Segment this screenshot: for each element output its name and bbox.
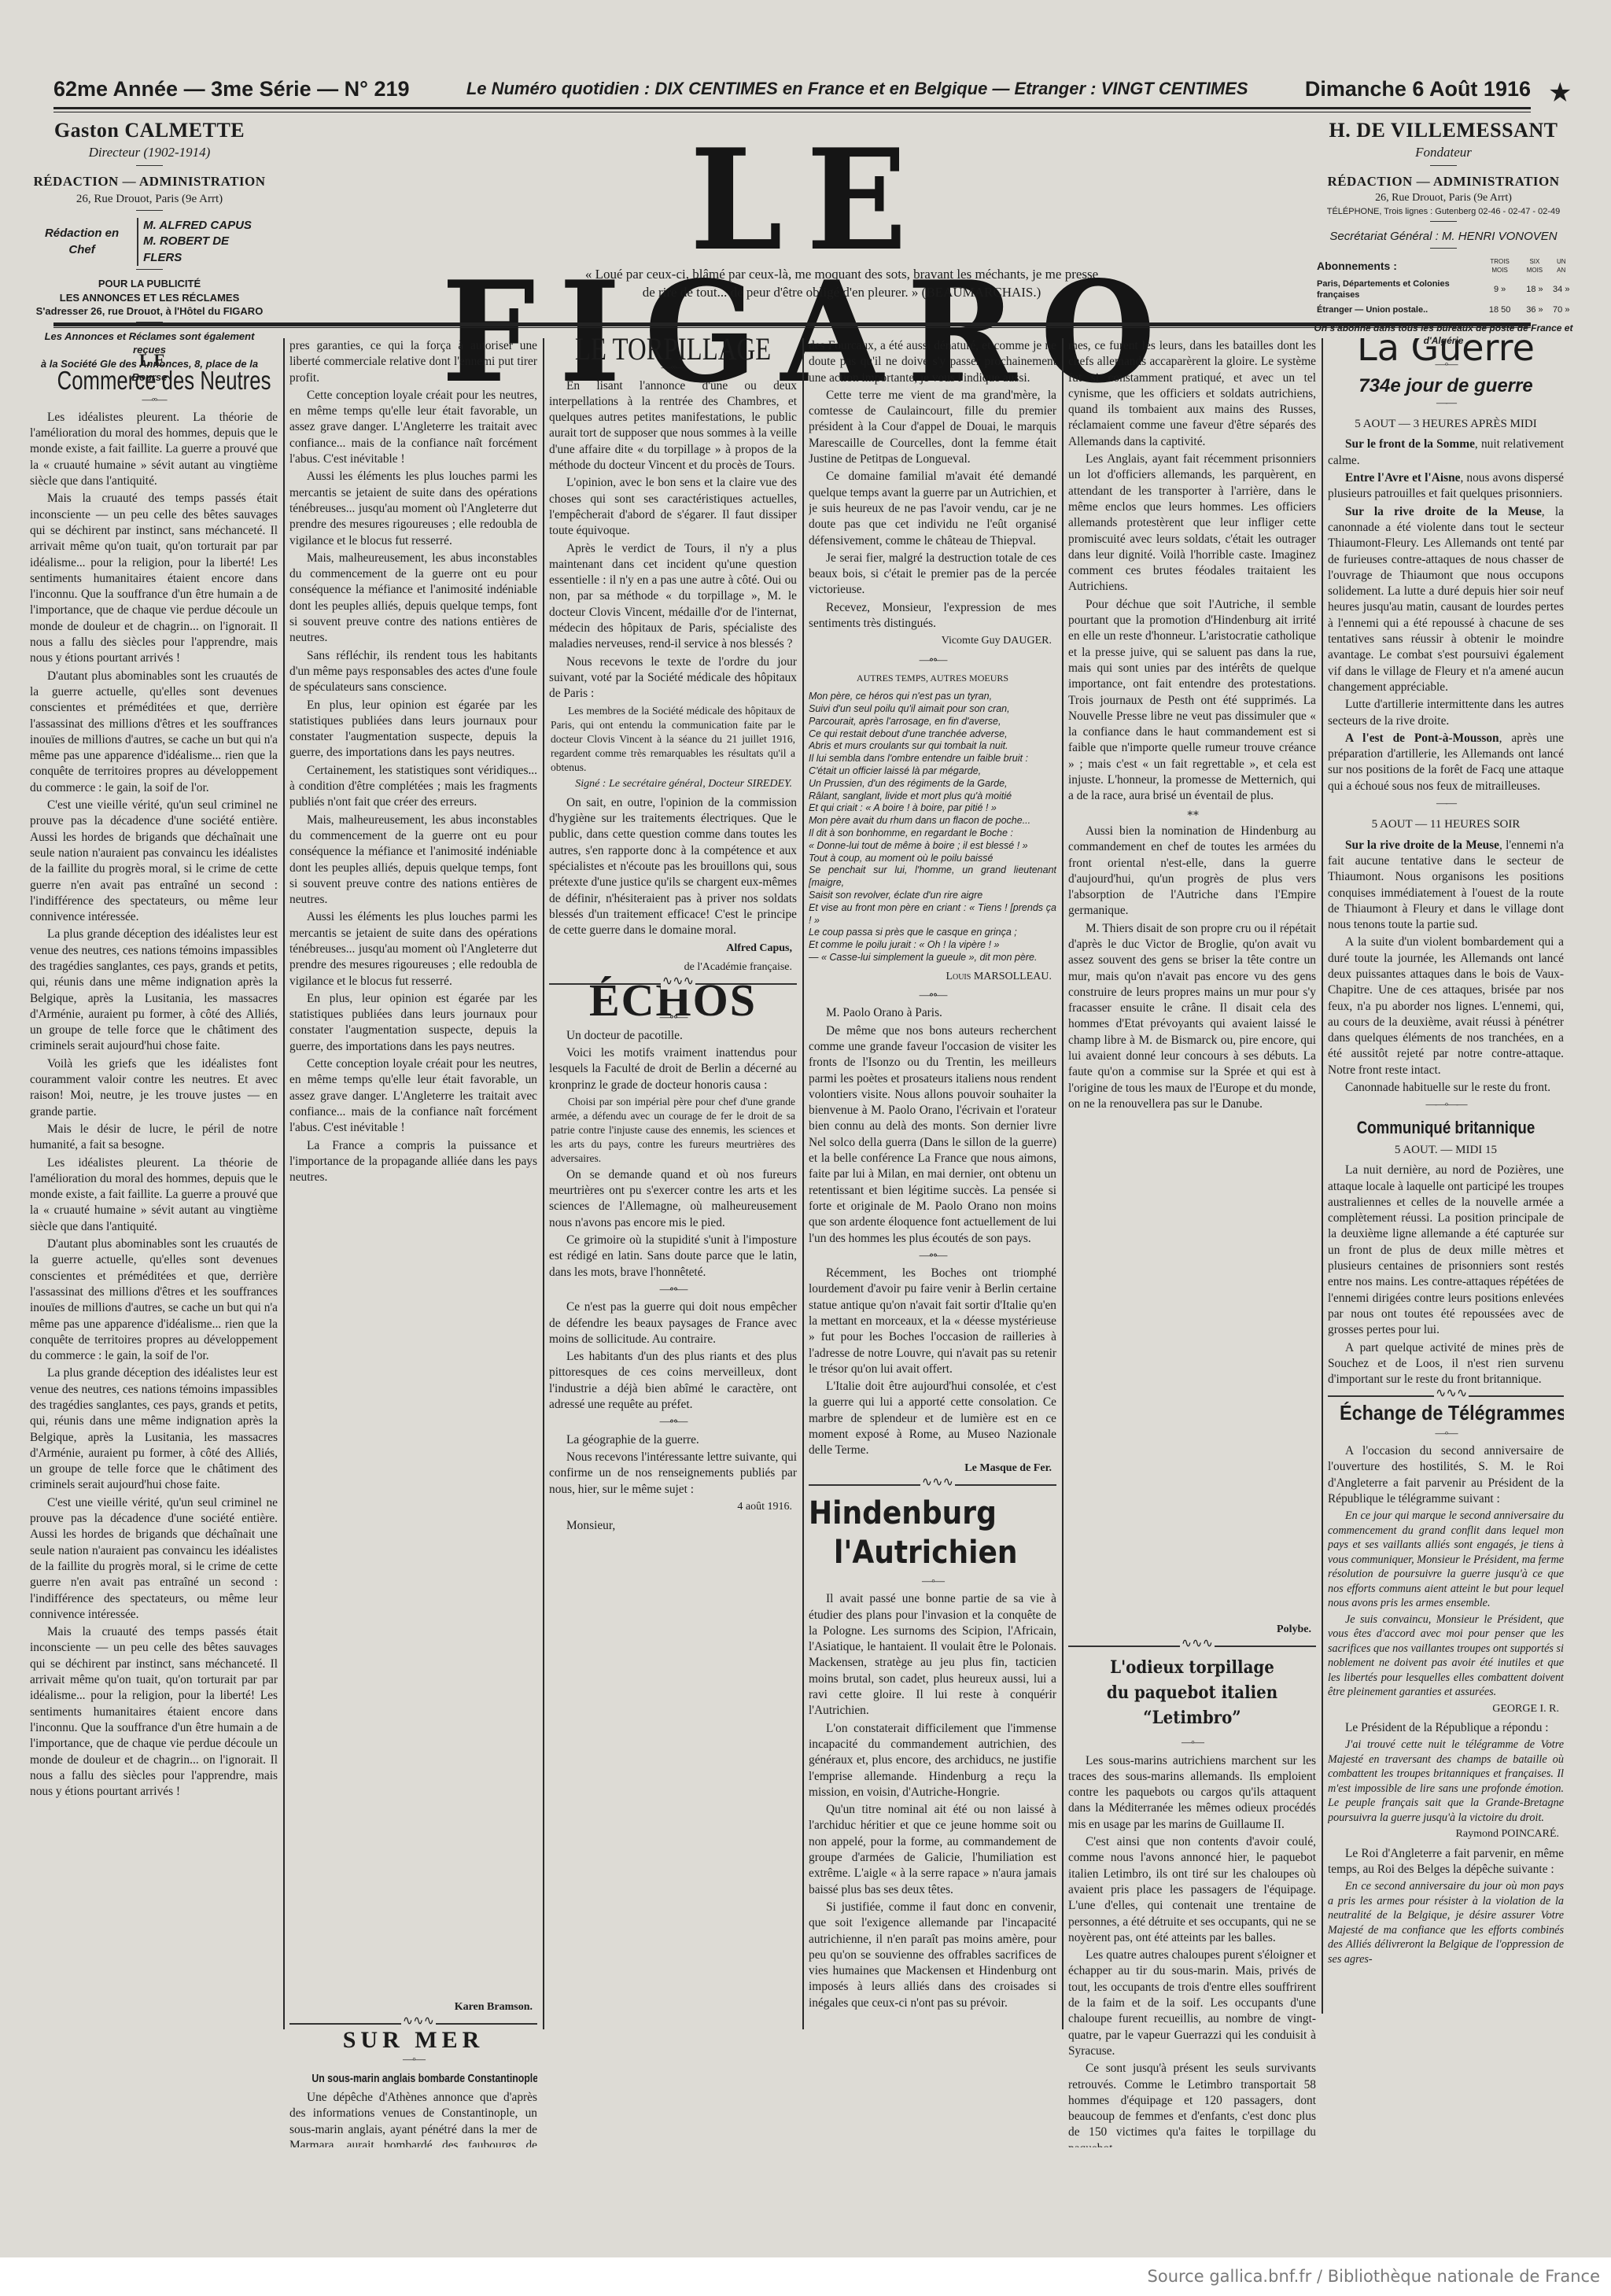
- poem-line: Râlant, sanglant, livide et mort plus qu…: [809, 791, 1056, 803]
- poem-line: Mon père avait du rhum dans un flacon de…: [809, 815, 1056, 827]
- paragraph: Cette terre me vient de ma grand'mère, l…: [809, 388, 1056, 467]
- chef-name-2: M. ROBERT DE FLERS: [143, 234, 267, 266]
- paragraph: Aussi les éléments les plus louches parm…: [289, 469, 537, 548]
- article-title-letimbro: L'odieux torpillage du paquebot italien …: [1081, 1655, 1304, 1730]
- wavy-divider: [1068, 1646, 1316, 1647]
- paragraph: La géographie de la guerre.: [549, 1432, 797, 1448]
- letter-date: 4 août 1916.: [549, 1499, 792, 1515]
- chef-label: Rédaction en Chef: [31, 226, 132, 258]
- poem-line: Et qui criait : « A boire ! à boire, par…: [809, 802, 1056, 815]
- paragraph: L'on constaterait difficilement que l'im…: [809, 1721, 1056, 1800]
- salutation: Monsieur,: [549, 1518, 797, 1534]
- address: 26, Rue Drouot, Paris (9e Arrt): [31, 191, 267, 207]
- wavy-divider: [549, 983, 797, 985]
- paragraph: Nous recevons l'intéressante lettre suiv…: [549, 1450, 797, 1498]
- paragraph: A l'occasion du second anniversaire de l…: [1328, 1443, 1564, 1507]
- paragraph: Le Président de la République a répondu …: [1328, 1720, 1564, 1736]
- paragraph: C'est une vieille vérité, qu'un seul cri…: [30, 1495, 278, 1623]
- ornament-divider: ——: [1328, 396, 1564, 411]
- telephone: TÉLÉPHONE, Trois lignes : Gutenberg 02-4…: [1314, 206, 1573, 218]
- paragraph: mes, ce furent les leurs, dans les batai…: [1068, 338, 1316, 450]
- paragraph: Le Roi d'Angleterre a fait parvenir, en …: [1328, 1846, 1564, 1878]
- founder-name: H. DE VILLEMESSANT: [1314, 116, 1573, 144]
- ornament-divider: —∘∘—: [549, 1282, 797, 1298]
- ornament-divider: [1430, 221, 1457, 226]
- title-line-1: Hindenburg: [809, 1494, 1032, 1533]
- ornament-divider: —◦—: [1068, 1735, 1316, 1751]
- abo-col: SIX MOIS: [1520, 257, 1549, 276]
- sur-mer-block: Karen Bramson. SUR MER —◦— Un sous-marin…: [289, 1998, 537, 2147]
- abo-cell: 36 »: [1520, 304, 1549, 317]
- newspaper-page: 62me Année — 3me Série — N° 219 Le Numér…: [0, 0, 1611, 2257]
- paragraph: Pour déchue que soit l'Autriche, il semb…: [1068, 597, 1316, 805]
- pub-line-3: S'adresser 26, rue Drouot, à l'Hôtel du …: [31, 304, 267, 319]
- source-footer: Source gallica.bnf.fr / Bibliothèque nat…: [0, 2257, 1611, 2296]
- ornament-divider: —◦—: [289, 2052, 537, 2068]
- text: La nuit dernière, au nord de Pozières, u…: [1328, 1163, 1564, 1336]
- paragraph: Ce n'est pas la guerre qui doit nous emp…: [549, 1299, 797, 1347]
- poem-line: Saisit son revolver, éclate d'un rire ai…: [809, 890, 1056, 902]
- paragraph: La plus grande déception des idéalistes …: [30, 927, 278, 1054]
- bold-place: A l'est de Pont-à-Mousson: [1345, 732, 1499, 745]
- column-rule: [283, 338, 285, 2029]
- war-day: 734e jour de guerre: [1328, 378, 1564, 394]
- motto-line-1: « Loué par ceux-ci, blâmé par ceux-là, m…: [519, 266, 1164, 284]
- bulletin-paragraph: La nuit dernière, au nord de Pozières, u…: [1328, 1163, 1564, 1338]
- paragraph: Ce domaine familial m'avait été demandé …: [809, 469, 1056, 548]
- paragraph: Cette conception loyale créait pour les …: [289, 388, 537, 467]
- ornament-divider: [136, 269, 163, 274]
- poem: Mon père, ce héros qui n'est pas un tyra…: [809, 691, 1056, 964]
- text: A la suite d'un violent bombardement qui…: [1328, 935, 1564, 1076]
- paragraph: Les habitants d'un des plus riants et de…: [549, 1349, 797, 1413]
- signature: GEORGE I. R.: [1328, 1701, 1559, 1717]
- address: 26, Rue Drouot, Paris (9e Arrt): [1314, 191, 1573, 206]
- abo-cell: 34 »: [1550, 278, 1572, 303]
- motto: « Loué par ceux-ci, blâmé par ceux-là, m…: [519, 266, 1164, 302]
- paragraph: Ce grimoire où la stupidité s'unit à l'i…: [549, 1233, 797, 1281]
- paragraph: Cette conception loyale créait pour les …: [289, 1056, 537, 1136]
- signature: Polybe.: [1068, 1622, 1311, 1638]
- column-rule: [802, 338, 804, 2029]
- wavy-divider: [809, 1484, 1056, 1486]
- redaction-label: RÉDACTION — ADMINISTRATION: [1314, 173, 1573, 191]
- ornament-divider: —∘∘—: [809, 653, 1056, 669]
- paragraph: En plus, leur opinion est égarée par les…: [289, 698, 537, 761]
- masthead-rule: [53, 322, 1531, 328]
- wavy-divider: [1328, 1395, 1564, 1397]
- paragraph: M. Thiers disait de son propre cru ou il…: [1068, 921, 1316, 1113]
- column-rule: [1062, 338, 1064, 2029]
- ornament-divider: —∘∘—: [809, 988, 1056, 1004]
- bulletin-paragraph: Sur le front de la Somme, nuit relativem…: [1328, 437, 1564, 469]
- title-line-2: l'Autrichien: [809, 1533, 1032, 1572]
- paragraph: Sans réfléchir, ils rendent tous les hab…: [289, 648, 537, 696]
- paragraph: Les idéalistes pleurent. La théorie de l…: [30, 410, 278, 489]
- abo-cell: 18 »: [1520, 278, 1549, 303]
- column-2: pres garanties, ce qui la força à autori…: [289, 338, 537, 2147]
- poem-line: « Donne-lui tout de même à boire ; il es…: [809, 840, 1056, 853]
- ornament-divider: ∗∗: [1068, 806, 1316, 822]
- signature: Raymond POINCARÉ.: [1328, 1826, 1559, 1842]
- column-5: mes, ce furent les leurs, dans les batai…: [1068, 338, 1316, 2147]
- paragraph: D'autant plus abominables sont les cruau…: [30, 669, 278, 796]
- paragraph: Mais, malheureusement, les abus inconsta…: [289, 551, 537, 647]
- poem-line: Il dit à son bonhomme, en regardant le B…: [809, 827, 1056, 840]
- abo-row-label: Paris, Départements et Colonies français…: [1315, 278, 1480, 303]
- ornament-divider: [136, 210, 163, 215]
- paragraph: Aussi bien la nomination de Hindenburg a…: [1068, 824, 1316, 920]
- column-rule: [543, 338, 544, 2029]
- bulletin-paragraph: Sur la rive droite de la Meuse, la canon…: [1328, 504, 1564, 696]
- issue-date: Dimanche 6 Août 1916: [1305, 77, 1531, 101]
- signature: Vicomte Guy DAUGER.: [809, 633, 1052, 649]
- article-title-guerre: La Guerre: [1328, 340, 1564, 356]
- quote: Choisi par son impérial père pour chef d…: [549, 1095, 797, 1166]
- director-name: Gaston CALMETTE: [31, 116, 267, 144]
- paragraph: Les idéalistes pleurent. La théorie de l…: [30, 1155, 278, 1235]
- paragraph: Qu'un titre nominal ait été ou non laiss…: [809, 1802, 1056, 1898]
- wavy-divider: [289, 2023, 537, 2025]
- ornament-divider: —◦—: [1328, 1426, 1564, 1442]
- column-rule: [1322, 338, 1323, 2014]
- director-role: Directeur (1902-1914): [31, 144, 267, 162]
- paragraph: Une dépêche d'Athènes annonce que d'aprè…: [289, 2090, 537, 2147]
- paragraph: On se demande quand et où nos fureurs me…: [549, 1167, 797, 1231]
- paragraph: Mais la cruauté des temps passés était i…: [30, 1624, 278, 1800]
- paragraph: des Fourcaux, a été aussi dénaturé, et c…: [809, 338, 1056, 386]
- ornament-divider: —∘∘—: [549, 1414, 797, 1430]
- paragraph: Un docteur de pacotille.: [549, 1028, 797, 1044]
- telegram: Je suis convaincu, Monsieur le Président…: [1328, 1612, 1564, 1700]
- paragraph: Recevez, Monsieur, l'expression de mes s…: [809, 600, 1056, 632]
- star-icon: ★: [1548, 77, 1572, 109]
- poem-line: Tout à coup, au moment où le poilu baiss…: [809, 853, 1056, 865]
- paragraph: Voici les motifs vraiment inattendus pou…: [549, 1045, 797, 1093]
- column-1: LE Commerce des Neutres —◦◦— Les idéalis…: [30, 338, 278, 2147]
- ornament-divider: —∘∘—: [549, 1010, 797, 1026]
- masthead-right: H. DE VILLEMESSANT Fondateur RÉDACTION —…: [1314, 116, 1573, 347]
- article-title-sur-mer: SUR MER: [289, 2032, 537, 2048]
- paragraph: Mais, malheureusement, les abus inconsta…: [289, 813, 537, 908]
- paragraph: Mais la cruauté des temps passés était i…: [30, 491, 278, 666]
- column-3: LE TORPILLAGE —◦◦— En lisant l'annonce d…: [549, 338, 797, 2147]
- bulletin-time: 5 AOUT — 11 HEURES SOIR: [1328, 816, 1564, 832]
- article-title-echos: ÉCHOS: [549, 993, 797, 1008]
- poem-line: Parcourait, après l'arrosage, en fin d'a…: [809, 716, 1056, 728]
- poem-line: Il lui sembla dans l'ombre entendre un f…: [809, 753, 1056, 765]
- bulletin-paragraph: A l'est de Pont-à-Mousson, après une pré…: [1328, 731, 1564, 794]
- editors-in-chief: Rédaction en Chef M. ALFRED CAPUS M. ROB…: [31, 218, 267, 266]
- price-line: Le Numéro quotidien : DIX CENTIMES en Fr…: [466, 79, 1248, 99]
- bulletin-paragraph: Lutte d'artillerie intermittente dans le…: [1328, 697, 1564, 729]
- signature-sub: de l'Académie française.: [549, 960, 792, 975]
- bulletin-paragraph: A part quelque activité de mines près de…: [1328, 1340, 1564, 1388]
- article-columns: LE Commerce des Neutres —◦◦— Les idéalis…: [30, 338, 1532, 2257]
- telegram: En ce jour qui marque le second annivers…: [1328, 1509, 1564, 1611]
- paragraph: Après le verdict de Tours, il n'y a plus…: [549, 541, 797, 653]
- ornament-divider: ——: [1328, 796, 1564, 812]
- article-title-hindenburg: Hindenburg l'Autrichien: [809, 1494, 1032, 1572]
- motto-line-2: de rire de tout... de peur d'être obligé…: [519, 284, 1164, 302]
- column-6: La Guerre —◦— 734e jour de guerre —— 5 A…: [1328, 338, 1564, 2147]
- pub-line-1: POUR LA PUBLICITÉ: [31, 277, 267, 291]
- poem-line: Abris et murs croulants sur qui tombait …: [809, 740, 1056, 753]
- paragraph: L'Italie doit être aujourd'hui consolée,…: [809, 1379, 1056, 1458]
- abo-col: UN AN: [1550, 257, 1572, 276]
- redaction-label: RÉDACTION — ADMINISTRATION: [31, 173, 267, 191]
- paragraph: Certainement, les statistiques sont véri…: [289, 763, 537, 811]
- pub-line-2: LES ANNONCES ET LES RÉCLAMES: [31, 291, 267, 305]
- quote: Les membres de la Société médicale des h…: [549, 704, 797, 775]
- article-title-torpillage: LE TORPILLAGE: [571, 341, 774, 357]
- article-title-telegrammes: Échange de Télégrammes: [1340, 1405, 1552, 1421]
- ornament-divider: —◦—: [809, 1574, 1056, 1590]
- telegram: En ce second anniversaire du jour où mon…: [1328, 1879, 1564, 1966]
- bold-place: Sur le front de la Somme: [1345, 437, 1475, 451]
- text: Canonnade habituelle sur le reste du fro…: [1345, 1081, 1550, 1094]
- paragraph: On sait, en outre, l'opinion de la commi…: [549, 795, 797, 939]
- paragraph: M. Paolo Orano à Paris.: [809, 1005, 1056, 1021]
- column-4: des Fourcaux, a été aussi dénaturé, et c…: [809, 338, 1056, 2147]
- poem-line: C'était un officier laissé là par mégard…: [809, 765, 1056, 778]
- poem-author: Louis MARSOLLEAU.: [809, 969, 1052, 985]
- paragraph: Les Anglais, ayant fait récemment prison…: [1068, 451, 1316, 595]
- abo-col: TROIS MOIS: [1481, 257, 1518, 276]
- bulletin-paragraph: Canonnade habituelle sur le reste du fro…: [1328, 1080, 1564, 1096]
- paragraph: Si justifiée, comme il faut donc en conv…: [809, 1900, 1056, 2011]
- paragraph: La plus grande déception des idéalistes …: [30, 1365, 278, 1493]
- abo-label: Abonnements :: [1315, 257, 1480, 276]
- bulletin-paragraph: A la suite d'un violent bombardement qui…: [1328, 934, 1564, 1078]
- poem-line: Le coup passa si près que le casque en g…: [809, 927, 1056, 939]
- bulletin-time: 5 AOUT — 3 HEURES APRÈS MIDI: [1328, 416, 1564, 432]
- poem-line: Un Prussien, d'un des régiments de la Ga…: [809, 778, 1056, 791]
- paragraph: Mais le désir de lucre, le péril de notr…: [30, 1122, 278, 1154]
- bold-place: Entre l'Avre et l'Aisne: [1345, 471, 1460, 485]
- bulletin-time: 5 AOUT. — MIDI 15: [1328, 1142, 1564, 1158]
- paragraph: Récemment, les Boches ont triomphé lourd…: [809, 1266, 1056, 1377]
- poem-title: AUTRES TEMPS, AUTRES MOEURS: [809, 670, 1056, 686]
- paragraph: Voilà les griefs que les idéalistes font…: [30, 1056, 278, 1120]
- poem-line: Se penchait sur lui, l'homme, un grand l…: [809, 864, 1056, 890]
- text: Lutte d'artillerie intermittente dans le…: [1328, 698, 1564, 727]
- poem-line: — « Casse-lui simplement la gueule », di…: [809, 952, 1056, 964]
- text: , l'ennemi n'a fait aucune tentative dan…: [1328, 838, 1564, 931]
- founder-role: Fondateur: [1314, 144, 1573, 162]
- text: , la canonnade a été violente dans tout …: [1328, 505, 1564, 694]
- source-credit: Source gallica.bnf.fr / Bibliothèque nat…: [1148, 2267, 1600, 2286]
- abo-cell: 18 50: [1481, 304, 1518, 317]
- ornament-divider: [1430, 248, 1457, 252]
- poem-line: Et vise au front mon père en criant : « …: [809, 902, 1056, 927]
- british-title: Communiqué britannique: [1346, 1120, 1546, 1136]
- title-line-2: du paquebot italien “Letimbro”: [1081, 1680, 1304, 1730]
- signature: Karen Bramson.: [289, 1999, 533, 2015]
- paragraph: Il avait passé une bonne partie de sa vi…: [809, 1591, 1056, 1719]
- paragraph: D'autant plus abominables sont les cruau…: [30, 1236, 278, 1364]
- poem-line: Ce qui restait debout d'une tranchée adv…: [809, 728, 1056, 741]
- telegram: J'ai trouvé cette nuit le télégramme de …: [1328, 1738, 1564, 1825]
- chef-name-1: M. ALFRED CAPUS: [143, 218, 267, 234]
- ornament-divider: —∘∘—: [809, 1248, 1056, 1264]
- paragraph: De même que nos bons auteurs recherchent…: [809, 1023, 1056, 1247]
- bold-place: Sur la rive droite de la Meuse: [1345, 505, 1542, 518]
- paragraph: C'est une vieille vérité, qu'un seul cri…: [30, 798, 278, 925]
- article-title-commerce: Commerce des Neutres: [57, 373, 251, 389]
- abo-cell: 9 »: [1481, 278, 1518, 303]
- paragraph: Ce sont jusqu'à présent les seuls surviv…: [1068, 2061, 1316, 2147]
- abo-cell: 70 »: [1550, 304, 1572, 317]
- letimbro-block: Polybe. L'odieux torpillage du paquebot …: [1068, 1620, 1316, 2147]
- title-line-1: L'odieux torpillage: [1081, 1655, 1304, 1680]
- bold-place: Sur la rive droite de la Meuse: [1345, 838, 1499, 852]
- paragraph: C'est ainsi que non contents d'avoir cou…: [1068, 1834, 1316, 1946]
- paragraph: Aussi les éléments les plus louches parm…: [289, 909, 537, 989]
- paragraph: L'opinion, avec le bon sens et la claire…: [549, 475, 797, 539]
- paragraph: En plus, leur opinion est égarée par les…: [289, 991, 537, 1055]
- paragraph: Les sous-marins autrichiens marchent sur…: [1068, 1753, 1316, 1833]
- abo-row-label: Étranger — Union postale..: [1315, 304, 1480, 317]
- paragraph: Je serai fier, malgré la destruction tot…: [809, 551, 1056, 599]
- quote-signature: Signé : Le secrétaire général, Docteur S…: [549, 776, 792, 792]
- paragraph: La France a compris la puissance et l'im…: [289, 1138, 537, 1186]
- ornament-divider: [1430, 165, 1457, 170]
- top-bar: 62me Année — 3me Série — N° 219 Le Numér…: [53, 72, 1531, 105]
- bulletin-paragraph: Sur la rive droite de la Meuse, l'ennemi…: [1328, 838, 1564, 934]
- bulletin-paragraph: Entre l'Avre et l'Aisne, nous avons disp…: [1328, 470, 1564, 503]
- article-subtitle: Un sous-marin anglais bombarde Constanti…: [312, 2071, 514, 2087]
- ornament-divider: [136, 165, 163, 170]
- poem-line: Suivi d'un seul poilu qu'il aimait pour …: [809, 703, 1056, 716]
- issue-number: 62me Année — 3me Série — N° 219: [53, 77, 410, 101]
- paragraph: En lisant l'annonce d'une ou deux interp…: [549, 378, 797, 474]
- text: A part quelque activité de mines près de…: [1328, 1341, 1564, 1387]
- poem-line: Et comme le poilu jurait : « Oh ! la vip…: [809, 939, 1056, 952]
- top-rule: [53, 107, 1531, 112]
- signature: Alfred Capus,: [549, 941, 792, 956]
- poem-line: Mon père, ce héros qui n'est pas un tyra…: [809, 691, 1056, 703]
- signature: Le Masque de Fer.: [809, 1461, 1052, 1476]
- subscription-table: Abonnements : TROIS MOIS SIX MOIS UN AN …: [1314, 256, 1573, 319]
- ornament-divider: ——◦——: [1328, 1097, 1564, 1113]
- paragraph: Les quatre autres chaloupes purent s'élo…: [1068, 1948, 1316, 2059]
- secretariat: Secrétariat Général : M. HENRI VONOVEN: [1314, 229, 1573, 245]
- paragraph: pres garanties, ce qui la força à autori…: [289, 338, 537, 386]
- paragraph: Nous recevons le texte de l'ordre du jou…: [549, 654, 797, 702]
